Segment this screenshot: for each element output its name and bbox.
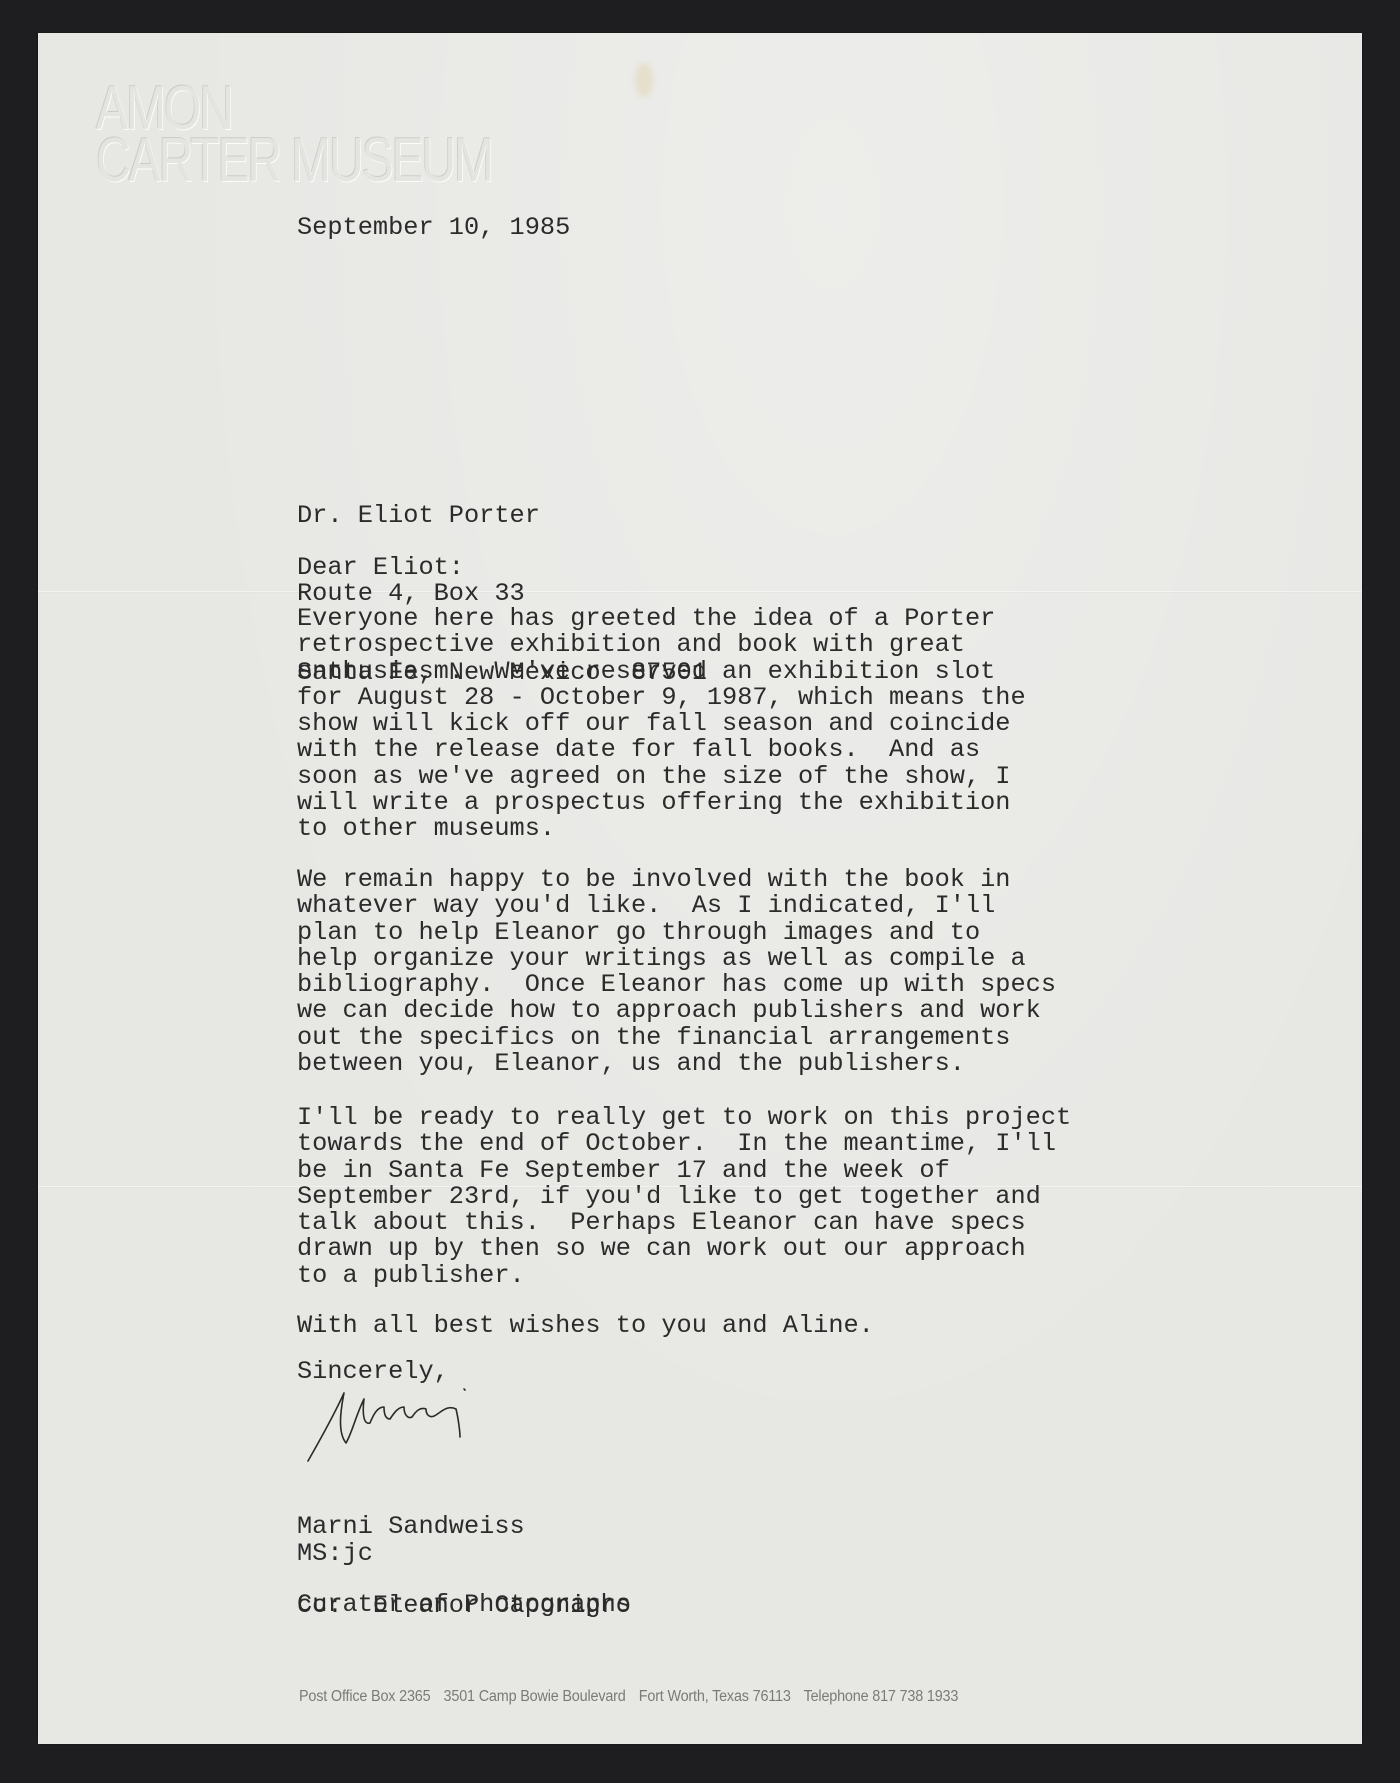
paragraph-line: to other museums. [297, 816, 1026, 842]
paragraph-line: with the release date for fall books. An… [297, 737, 1026, 763]
paragraph-line: help organize your writings as well as c… [297, 946, 1056, 972]
letterhead-line-2: CARTER MUSEUM [96, 135, 492, 187]
paragraph-line: I'll be ready to really get to work on t… [297, 1105, 1071, 1131]
paragraph-line: be in Santa Fe September 17 and the week… [297, 1158, 1071, 1184]
letterhead-footer: Post Office Box 2365 3501 Camp Bowie Bou… [299, 1688, 967, 1706]
body-paragraph: We remain happy to be involved with the … [297, 867, 1056, 1077]
signature-icon [300, 1385, 500, 1465]
paragraph-line: Everyone here has greeted the idea of a … [297, 606, 1026, 632]
paragraph-line: we can decide how to approach publishers… [297, 998, 1056, 1024]
paragraph-line: between you, Eleanor, us and the publish… [297, 1051, 1056, 1077]
paragraph-line: towards the end of October. In the meant… [297, 1131, 1071, 1157]
paragraph-line: September 23rd, if you'd like to get tog… [297, 1184, 1071, 1210]
paragraph-line: retrospective exhibition and book with g… [297, 632, 1026, 658]
embossed-letterhead: AMON CARTER MUSEUM [96, 83, 492, 187]
paragraph-line: bibliography. Once Eleanor has come up w… [297, 972, 1056, 998]
letter-date: September 10, 1985 [297, 215, 570, 241]
paragraph-line: for August 28 - October 9, 1987, which m… [297, 685, 1026, 711]
paragraph-line: to a publisher. [297, 1263, 1071, 1289]
paragraph-line: plan to help Eleanor go through images a… [297, 920, 1056, 946]
paragraph-line: talk about this. Perhaps Eleanor can hav… [297, 1210, 1071, 1236]
paragraph-line: show will kick off our fall season and c… [297, 711, 1026, 737]
cc-line: cc: Eleanor Caponigro [297, 1593, 631, 1619]
letter-page: AMON CARTER MUSEUM September 10, 1985 Dr… [38, 33, 1362, 1744]
paper-stain [635, 63, 653, 97]
footer-telephone: Telephone 817 738 1933 [804, 1688, 959, 1705]
footer-street: 3501 Camp Bowie Boulevard [444, 1688, 626, 1705]
reference-initials: MS:jc [297, 1541, 373, 1567]
paragraph-line: will write a prospectus offering the exh… [297, 790, 1026, 816]
body-paragraph: I'll be ready to really get to work on t… [297, 1105, 1071, 1289]
closing-wish: With all best wishes to you and Aline. [297, 1313, 874, 1339]
paragraph-line: whatever way you'd like. As I indicated,… [297, 893, 1056, 919]
signer-name: Marni Sandweiss [297, 1514, 631, 1540]
footer-city: Fort Worth, Texas 76113 [639, 1688, 791, 1705]
paragraph-line: We remain happy to be involved with the … [297, 867, 1056, 893]
body-paragraph: Everyone here has greeted the idea of a … [297, 606, 1026, 843]
salutation: Dear Eliot: [297, 555, 464, 581]
footer-po-box: Post Office Box 2365 [299, 1688, 430, 1705]
paragraph-line: enthusiasm. We've reserved an exhibition… [297, 659, 1026, 685]
paragraph-line: soon as we've agreed on the size of the … [297, 764, 1026, 790]
closing: Sincerely, [297, 1359, 449, 1385]
paragraph-line: drawn up by then so we can work out our … [297, 1236, 1071, 1262]
paragraph-line: out the specifics on the financial arran… [297, 1025, 1056, 1051]
address-line: Dr. Eliot Porter [297, 503, 707, 529]
